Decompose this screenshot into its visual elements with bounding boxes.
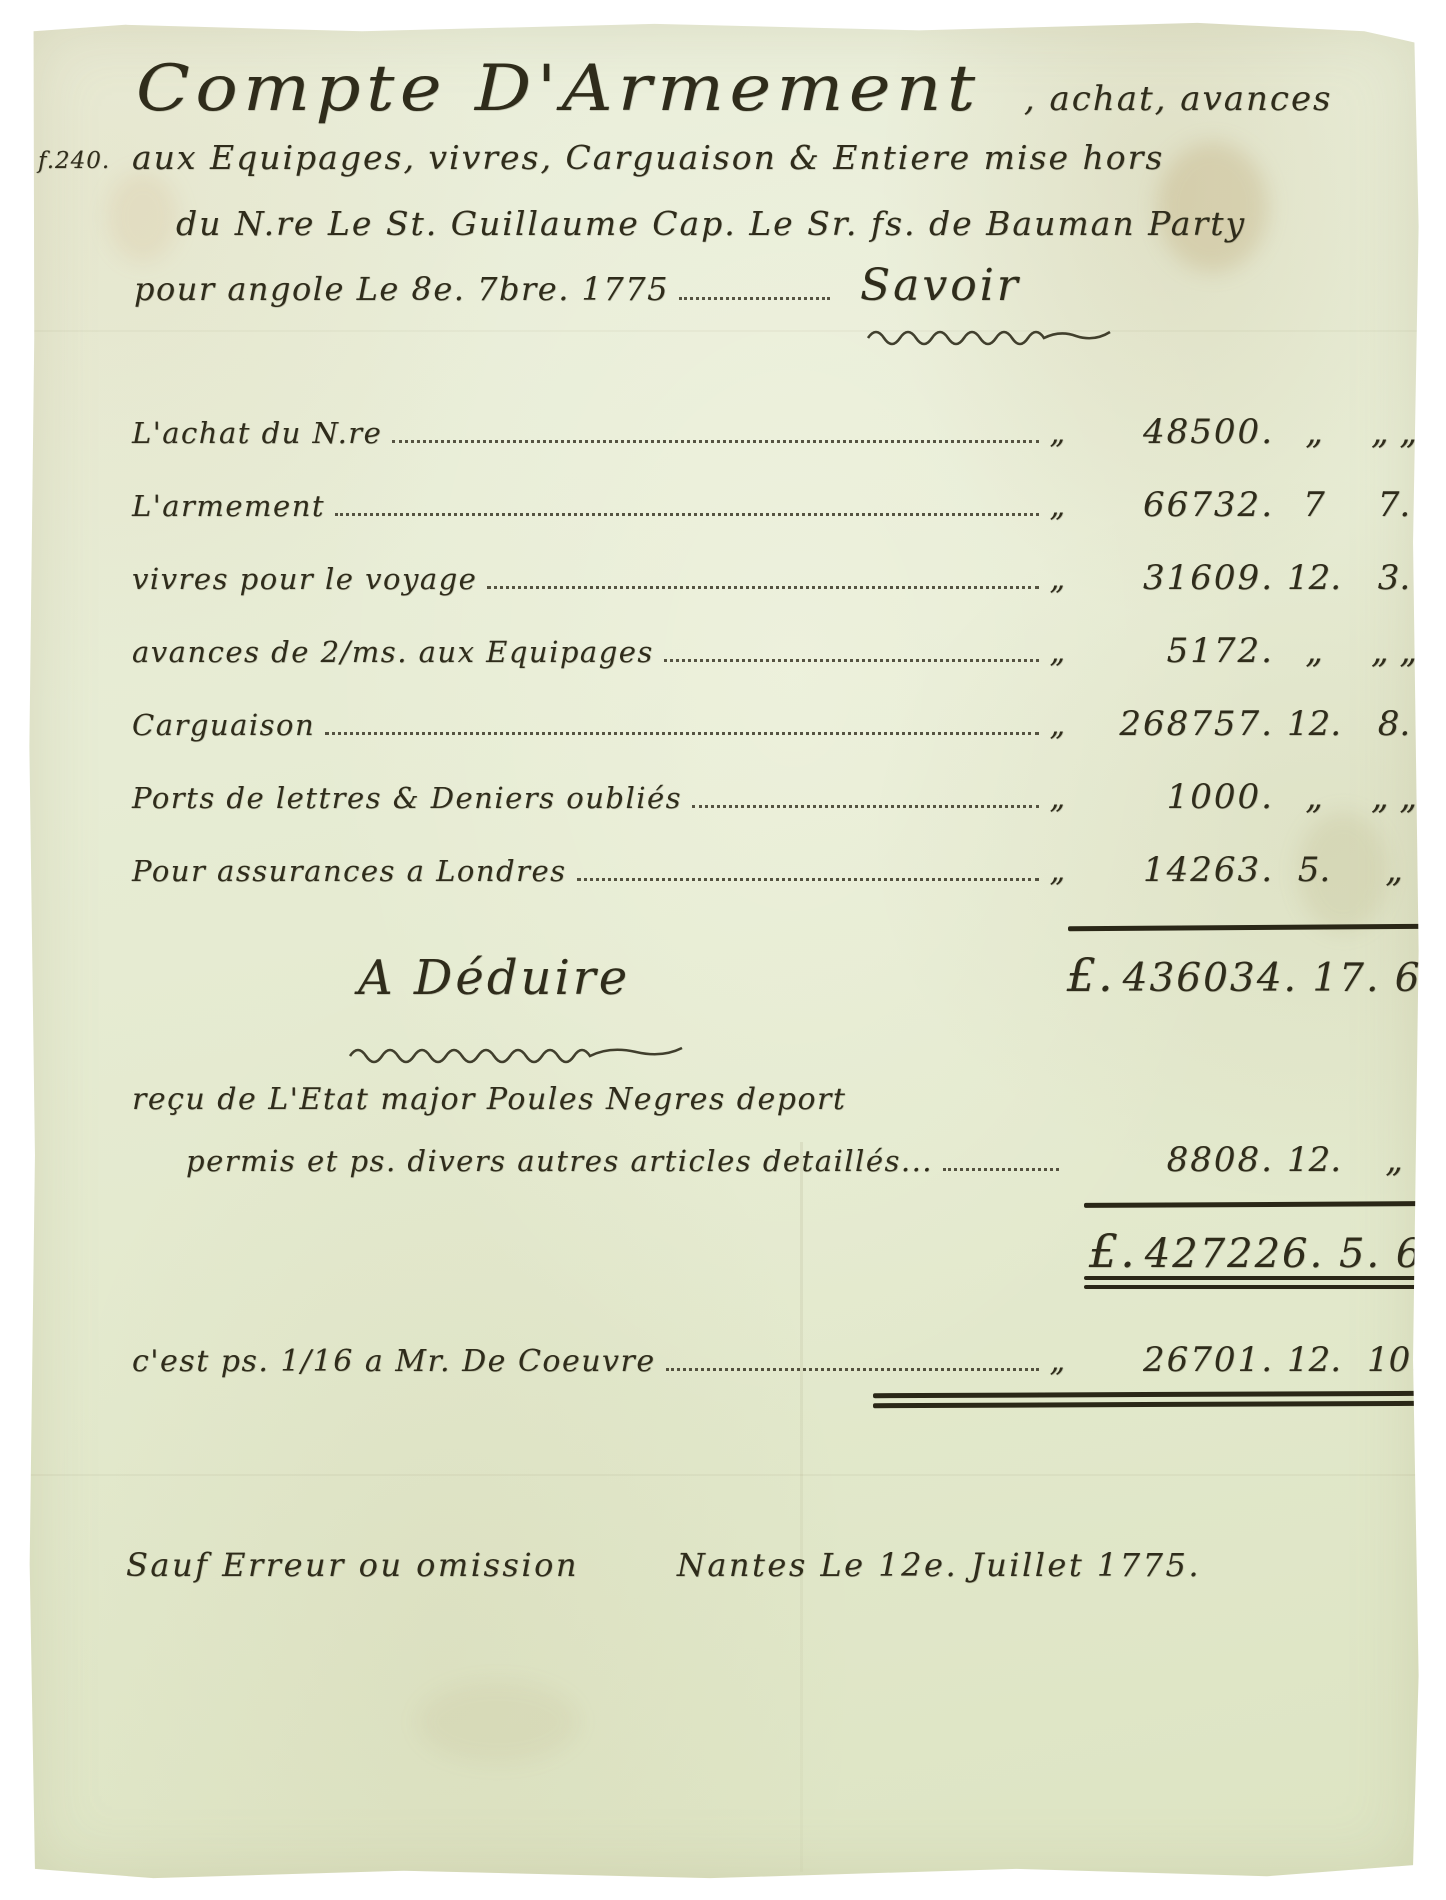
final-share-row: c'est ps. 1/16 a Mr. De Coeuvre „ 26701.… [132,1340,1434,1380]
deduction-row: permis et ps. divers autres articles det… [186,1140,1434,1180]
amount-livres: 8808. [1069,1140,1274,1180]
dotted-leader [692,805,1039,808]
livre-currency-sign: £. [1089,1224,1137,1278]
ditto-mark: „ [1049,635,1065,670]
item-label: Ports de lettres & Deniers oubliés [132,781,682,815]
manuscript-paper: f.240. Compte D'Armement, achat, avances… [28,22,1420,1880]
page-title-suffix: , achat, avances [1024,79,1333,119]
place-date: Nantes Le 12e. Juillet 1775. [677,1546,1201,1584]
amount-deniers: „ [1354,850,1434,890]
amount-livres: 66732. [1069,485,1274,525]
table-row: vivres pour le voyage „ 31609. 12. 3. [132,558,1434,631]
footer-line: Sauf Erreur ou omission Nantes Le 12e. J… [126,1546,1201,1584]
ditto-mark: „ [1049,1344,1065,1379]
errors-excepted-note: Sauf Erreur ou omission [126,1546,579,1584]
deduction-line: permis et ps. divers autres articles det… [186,1144,933,1178]
item-label: L'achat du N.re [132,416,382,450]
amount-sous: „ [1274,777,1354,817]
livre-currency-sign: £. [1067,948,1115,1002]
amount-livres: 268757. [1069,704,1274,744]
document-title-line: Compte D'Armement, achat, avances [136,52,1416,126]
table-row: L'achat du N.re „ 48500. „ „ „ [132,412,1434,485]
amount-deniers: „ „ [1354,777,1434,817]
subtotal-sous: 17. [1312,956,1380,1001]
paper-crease [28,330,1420,332]
header-line: aux Equipages, vivres, Carguaison & Enti… [132,138,1164,177]
amount-sous: 5. [1274,850,1354,890]
amount-livres: 5172. [1069,631,1274,671]
deduction-line: reçu de L'Etat major Poules Negres depor… [132,1082,846,1117]
amount-sous: 12. [1274,704,1354,744]
item-label: Carguaison [132,708,315,742]
amount-sous: 12. [1274,1340,1354,1380]
ditto-mark: „ [1049,489,1065,524]
double-rule [873,1391,1439,1398]
double-rule [1084,1276,1438,1280]
double-rule [873,1401,1439,1408]
dotted-leader [392,440,1039,443]
table-row: Pour assurances a Londres „ 14263. 5. „ [132,850,1434,923]
amount-livres: 26701. [1069,1340,1274,1380]
amount-deniers: „ „ [1354,412,1434,452]
amount-sous: „ [1274,631,1354,671]
date-text: pour angole Le 8e. 7bre. 1775 [134,270,669,308]
dotted-leader [943,1168,1059,1171]
paper-stain [418,1682,578,1762]
ditto-mark: „ [1049,416,1065,451]
amount-livres: 31609. [1069,558,1274,598]
dotted-leader [664,659,1040,662]
savoir-label: Savoir [860,260,1021,311]
total-deniers: 6. [1396,1231,1438,1277]
document-photo: f.240. Compte D'Armement, achat, avances… [0,0,1446,1900]
table-row: Carguaison „ 268757. 12. 8. [132,704,1434,777]
dotted-leader [325,732,1039,735]
table-row: Ports de lettres & Deniers oubliés „ 100… [132,777,1434,850]
item-label: vivres pour le voyage [132,562,477,596]
amount-livres: 48500. [1069,412,1274,452]
total-livres: 427226. [1145,1231,1324,1277]
ditto-mark: „ [1049,781,1065,816]
ditto-mark: „ [1049,562,1065,597]
paper-crease [28,1474,1420,1476]
item-label: Pour assurances a Londres [132,854,567,888]
subtotal-livres: 436034. [1123,956,1298,1001]
amount-sous: „ [1274,412,1354,452]
dotted-leader [335,513,1039,516]
amount-livres: 14263. [1069,850,1274,890]
paper-crease [800,1142,803,1872]
item-label: L'armement [132,489,325,523]
amount-deniers: 7. [1354,485,1434,525]
amount-deniers: „ „ [1354,631,1434,671]
deduction-heading: A Déduire [358,950,630,1006]
subtotal-deniers: 6. [1395,956,1436,1001]
accounts-table: L'achat du N.re „ 48500. „ „ „ L'armemen… [132,412,1434,923]
page-title: Compte D'Armement [136,52,981,126]
flourish-squiggle [346,1038,686,1068]
dotted-leader [679,297,830,300]
total-amount: £.427226. 5. 6. [908,1224,1438,1278]
amount-deniers: 10. [1354,1340,1434,1380]
amount-sous: 12. [1274,1140,1354,1180]
ditto-mark: „ [1049,708,1065,743]
flourish-squiggle [864,322,1114,350]
table-row: avances de 2/ms. aux Equipages „ 5172. „… [132,631,1434,704]
folio-margin-note: f.240. [38,148,110,174]
sum-rule [1084,1201,1436,1208]
dotted-leader [577,878,1040,881]
header-line: du N.re Le St. Guillaume Cap. Le Sr. fs.… [176,204,1246,243]
final-share-label: c'est ps. 1/16 a Mr. De Coeuvre [132,1344,656,1379]
amount-deniers: „ [1354,1140,1434,1180]
item-label: avances de 2/ms. aux Equipages [132,635,654,669]
ditto-mark: „ [1049,854,1065,889]
sum-rule [1068,924,1438,932]
amount-sous: 7 [1274,485,1354,525]
double-rule [1084,1285,1438,1289]
amount-deniers: 3. [1354,558,1434,598]
dotted-leader [666,1368,1040,1371]
amount-sous: 12. [1274,558,1354,598]
total-sous: 5. [1339,1231,1381,1277]
dotted-leader [487,586,1039,589]
amount-livres: 1000. [1069,777,1274,817]
paper-stain [108,172,178,262]
table-row: L'armement „ 66732. 7 7. [132,485,1434,558]
subtotal-amount: £.436034. 17. 6. [908,948,1436,1002]
header-line-date: pour angole Le 8e. 7bre. 1775 [134,270,840,308]
amount-deniers: 8. [1354,704,1434,744]
